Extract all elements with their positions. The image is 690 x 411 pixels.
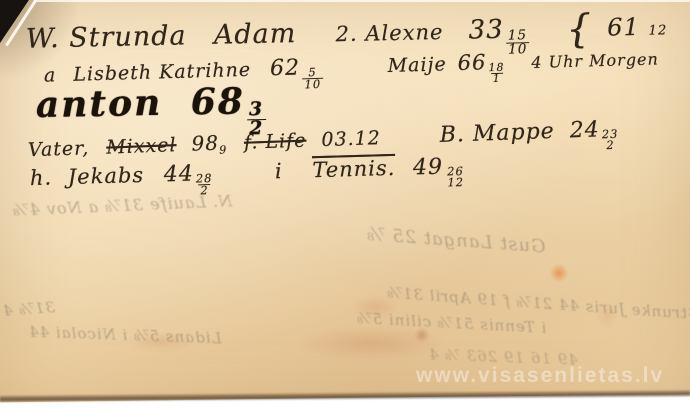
line5-conjunction: i [275,159,283,183]
line4-fraction: 232 [602,129,619,151]
line5-prefix: h. [30,165,53,190]
line1-value2: 61 12 [607,12,668,41]
line1-number2-small: 12 [648,23,667,38]
line5-name: Jekabs [67,163,144,189]
line4-value1: 989 [191,130,227,157]
line5-fraction: 282 [196,173,213,196]
line1-label: 2. Alexne [335,20,443,46]
line3-name: anton [36,82,163,126]
line4-value2: 03.12 [321,127,381,151]
fraction-denominator: 2 [198,184,211,196]
time-note: 4 Uhr Morgen [531,49,659,72]
line5-fraction2: 2612 [445,166,466,188]
bleedthrough-line: 31⅞ 4 [1,298,55,320]
line4-prefix: Vater, [28,137,90,161]
first-name: Adam [214,18,297,51]
line4-number3: 24 [569,117,600,143]
line5-name2: Tennis. [312,156,396,182]
line2-value2: 66181 [457,50,505,86]
line2-fraction: 510 [302,67,323,90]
site-watermark: www.visasenlietas.lv [416,364,664,388]
scanned-card: N. Lauife 31⅞ a Nov 4⅞ Gust Langat 25 ⅞ … [0,0,690,411]
line4-value3: 24232 [569,117,619,152]
struck-text: f. Life [244,130,307,154]
line1-number: 33 [468,15,504,46]
line3-number: 68 [190,80,245,123]
line2-number: 62 [270,55,301,81]
fraction-denominator: 10 [302,78,323,90]
line5-value: 44282 [163,161,213,197]
paper-top-edge-highlight [34,0,690,2]
line4-number1-small: 9 [219,143,227,156]
fraction-denominator: 12 [445,177,466,188]
line2-number2: 66 [457,50,486,75]
surname: W. Strunda [26,20,187,54]
brace-mark: { [566,7,593,53]
line2-fraction2: 181 [488,63,504,85]
line5-value2: 492612 [413,154,466,189]
line1-number2: 61 [607,13,640,42]
line2-value: 62510 [270,55,324,91]
line5-number: 44 [163,162,194,188]
struck-name: Mixxel [106,134,177,158]
line4-number1: 98 [191,131,219,156]
line4-name2: B. Mappe [439,119,555,148]
line5-number2: 49 [413,155,444,181]
fraction-denominator: 2 [604,140,617,151]
line2-name2: Maije [387,53,447,77]
fraction-denominator: 1 [491,73,503,85]
